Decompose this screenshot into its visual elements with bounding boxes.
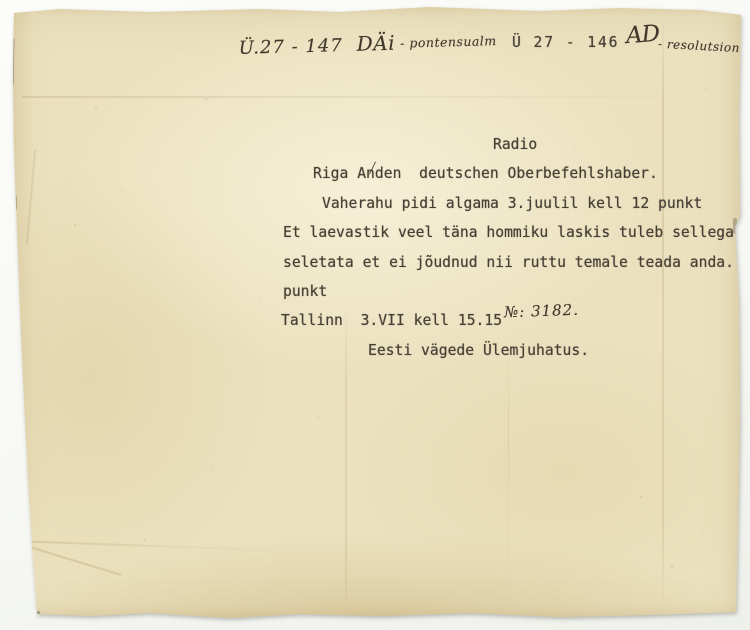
paper-shadow-wrap: Ü.27 - 147DÄi - pontensualm Ü 27 - 146 A… — [0, 0, 750, 630]
archivist-initials: DÄi — [356, 31, 395, 56]
message-line-radio: Radio — [493, 130, 734, 159]
message-line: Et laevastik veel täna hommiku laskis tu… — [283, 218, 734, 247]
message-line: seletata et ei jõudnud nii ruttu temale … — [283, 248, 734, 277]
scan-background: Ü.27 - 147DÄi - pontensualm Ü 27 - 146 A… — [0, 0, 750, 630]
handwritten-annotation-top-left: Ü.27 - 147DÄi - pontensualm — [197, 9, 497, 79]
corner-specks — [28, 590, 31, 593]
pencil-tick-mark — [1, 410, 10, 416]
message-line: punkt — [283, 277, 734, 306]
diagonal-crease — [26, 150, 36, 245]
archive-reference-handwritten: Ü.27 - 147 — [238, 35, 343, 59]
archive-reference-typed: Ü 27 - 146 — [512, 34, 619, 51]
telegram-body: Radio Riga Anden deutschen Oberbefehlsha… — [283, 130, 734, 365]
diagonal-crease — [30, 546, 121, 576]
edge-nick-mark — [14, 196, 17, 210]
annotation-note: - resolutsion. — [658, 37, 745, 55]
annotation-note: - pontensualm — [400, 33, 497, 51]
message-line: Vaherahu pidi algama 3.juulil kell 12 pu… — [322, 189, 734, 218]
vertical-crease — [508, 340, 509, 610]
message-line-signature: Eesti vägede Ülemjuhatus. — [368, 336, 734, 365]
handwritten-document-number: №: 3182. — [504, 301, 580, 322]
horizontal-crease — [22, 96, 734, 98]
edge-shadow-mark — [11, 38, 15, 86]
document-sheet: Ü.27 - 147DÄi - pontensualm Ü 27 - 146 A… — [0, 0, 750, 630]
horizontal-crease — [24, 540, 284, 551]
archivist-initials: AD — [625, 21, 660, 49]
message-line-addressee: Riga Anden deutschen Oberbefehlshaber. — [313, 159, 734, 188]
